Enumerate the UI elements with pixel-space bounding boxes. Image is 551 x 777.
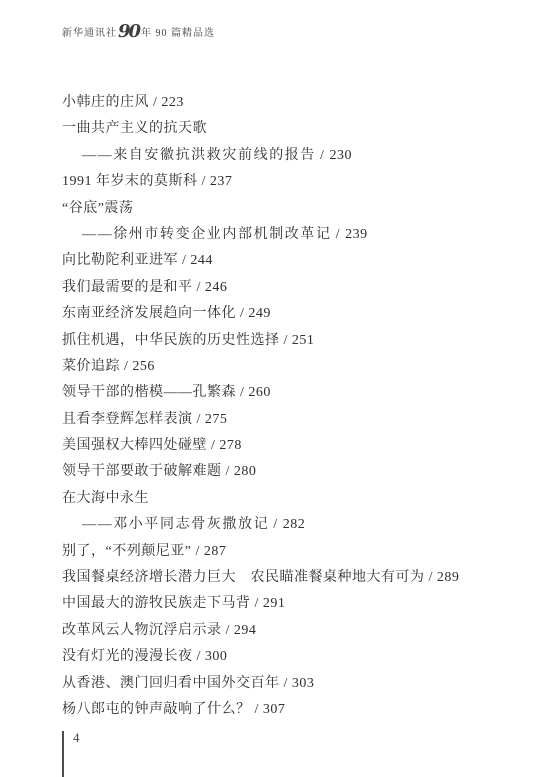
toc-entry-separator: /: [280, 333, 292, 348]
toc-entry-title: 在大海中永生: [62, 491, 149, 506]
toc-entry-page: 291: [263, 596, 286, 611]
toc-entry-page: 278: [219, 438, 242, 453]
toc-entry: 中国最大的游牧民族走下马背/291: [62, 591, 521, 617]
toc-entry: 从香港、澳门回归看中国外交百年/303: [62, 671, 521, 697]
toc-entry-title: 领导干部要敢于破解难题: [62, 464, 222, 479]
toc-entry-separator: /: [178, 253, 190, 268]
toc-entry-title: ——邓小平同志骨灰撒放记: [82, 517, 269, 532]
toc-entry-title: “谷底”震荡: [62, 201, 133, 216]
toc-entry-title: 领导干部的楷模——孔繁森: [62, 385, 236, 400]
toc-entry-page: 239: [345, 227, 368, 242]
toc-entry-page: 260: [248, 385, 271, 400]
toc-entry-title: ——徐州市转变企业内部机制改革记: [82, 227, 332, 242]
toc-entry: 我们最需要的是和平/246: [62, 275, 521, 301]
toc-entry: 领导干部的楷模——孔繁森/260: [62, 380, 521, 406]
page-number: 4: [73, 728, 80, 748]
toc-entry: 我国餐桌经济增长潜力巨大 农民瞄准餐桌种地大有可为/289: [62, 565, 521, 591]
toc-entry-page: 287: [204, 544, 227, 559]
toc-list: 小韩庄的庄风/223一曲共产主义的抗天歌——来自安徽抗洪救灾前线的报告/2301…: [62, 90, 521, 723]
toc-entry-title: 中国最大的游牧民族走下马背: [62, 596, 251, 611]
toc-entry-separator: /: [425, 570, 437, 585]
toc-entry-page: 244: [190, 253, 213, 268]
toc-entry: “谷底”震荡: [62, 196, 521, 222]
toc-entry-title: 抓住机遇，中华民族的历史性选择: [62, 333, 280, 348]
toc-entry: 东南亚经济发展趋向一体化/249: [62, 301, 521, 327]
toc-entry-separator: /: [191, 544, 203, 559]
toc-entry-separator: /: [222, 623, 234, 638]
book-toc-page: 新华通讯社 90 年 90 篇精品选 小韩庄的庄风/223一曲共产主义的抗天歌—…: [0, 0, 551, 777]
toc-entry-separator: /: [251, 702, 263, 717]
running-header: 新华通讯社 90 年 90 篇精品选: [62, 24, 215, 39]
toc-entry-title: 杨八郎屯的钟声敲响了什么？: [62, 702, 251, 717]
toc-entry: ——徐州市转变企业内部机制改革记/239: [62, 222, 521, 248]
toc-entry-page: 289: [437, 570, 460, 585]
toc-entry-separator: /: [193, 649, 205, 664]
toc-entry-page: 294: [234, 623, 257, 638]
toc-entry-page: 307: [263, 702, 286, 717]
toc-entry-separator: /: [236, 306, 248, 321]
toc-entry-title: 1991 年岁末的莫斯科: [62, 174, 198, 189]
toc-entry-title: 东南亚经济发展趋向一体化: [62, 306, 236, 321]
toc-entry-separator: /: [332, 227, 346, 242]
toc-entry-separator: /: [269, 517, 283, 532]
toc-entry-title: 改革风云人物沉浮启示录: [62, 623, 222, 638]
toc-entry-page: 282: [283, 517, 306, 532]
toc-entry-separator: /: [193, 412, 205, 427]
toc-entry: 1991 年岁末的莫斯科/237: [62, 169, 521, 195]
toc-entry-title: 我们最需要的是和平: [62, 280, 193, 295]
toc-entry-separator: /: [236, 385, 248, 400]
toc-entry-title: 一曲共产主义的抗天歌: [62, 121, 207, 136]
toc-entry-page: 275: [205, 412, 228, 427]
toc-entry: 杨八郎屯的钟声敲响了什么？/307: [62, 697, 521, 723]
header-brand-prefix: 新华通讯社: [62, 24, 117, 39]
toc-entry-separator: /: [193, 280, 205, 295]
toc-entry-page: 249: [248, 306, 271, 321]
toc-entry: ——来自安徽抗洪救灾前线的报告/230: [62, 143, 521, 169]
toc-entry-title: 菜价追踪: [62, 359, 120, 374]
toc-entry: 改革风云人物沉浮启示录/294: [62, 618, 521, 644]
toc-entry-title: 没有灯光的漫漫长夜: [62, 649, 193, 664]
toc-entry-separator: /: [120, 359, 132, 374]
toc-entry-page: 251: [292, 333, 315, 348]
toc-entry: 菜价追踪/256: [62, 354, 521, 380]
toc-entry-separator: /: [222, 464, 234, 479]
toc-entry: 别了，“不列颠尼亚”/287: [62, 539, 521, 565]
toc-entry-page: 300: [205, 649, 228, 664]
toc-entry-separator: /: [207, 438, 219, 453]
toc-entry: 没有灯光的漫漫长夜/300: [62, 644, 521, 670]
toc-entry-title: 别了，“不列颠尼亚”: [62, 544, 191, 559]
toc-entry-title: 我国餐桌经济增长潜力巨大 农民瞄准餐桌种地大有可为: [62, 570, 425, 585]
toc-entry-separator: /: [316, 148, 330, 163]
toc-entry-title: ——来自安徽抗洪救灾前线的报告: [82, 148, 316, 163]
toc-entry-page: 246: [205, 280, 228, 295]
toc-entry-title: 从香港、澳门回归看中国外交百年: [62, 676, 280, 691]
toc-entry-page: 223: [161, 95, 184, 110]
toc-entry-page: 280: [234, 464, 257, 479]
toc-entry-page: 303: [292, 676, 315, 691]
footer-vertical-rule: [62, 731, 64, 777]
toc-entry-separator: /: [198, 174, 210, 189]
toc-entry-title: 美国强权大棒四处碰壁: [62, 438, 207, 453]
toc-entry-title: 小韩庄的庄风: [62, 95, 149, 110]
header-brand-suffix: 年 90 篇精品选: [141, 24, 215, 39]
toc-entry-page: 230: [330, 148, 353, 163]
toc-entry-separator: /: [251, 596, 263, 611]
toc-entry: 且看李登辉怎样表演/275: [62, 407, 521, 433]
toc-entry-separator: /: [149, 95, 161, 110]
toc-entry: 美国强权大棒四处碰壁/278: [62, 433, 521, 459]
toc-entry: 领导干部要敢于破解难题/280: [62, 459, 521, 485]
header-brand-90-logo: 90: [118, 25, 139, 39]
toc-entry: 在大海中永生: [62, 486, 521, 512]
toc-entry-separator: /: [280, 676, 292, 691]
toc-entry: 小韩庄的庄风/223: [62, 90, 521, 116]
toc-entry: ——邓小平同志骨灰撒放记/282: [62, 512, 521, 538]
toc-entry-title: 且看李登辉怎样表演: [62, 412, 193, 427]
toc-entry-page: 237: [210, 174, 233, 189]
toc-entry-title: 向比勒陀利亚进军: [62, 253, 178, 268]
toc-entry: 向比勒陀利亚进军/244: [62, 248, 521, 274]
toc-entry-page: 256: [132, 359, 155, 374]
toc-entry: 抓住机遇，中华民族的历史性选择/251: [62, 328, 521, 354]
toc-entry: 一曲共产主义的抗天歌: [62, 116, 521, 142]
